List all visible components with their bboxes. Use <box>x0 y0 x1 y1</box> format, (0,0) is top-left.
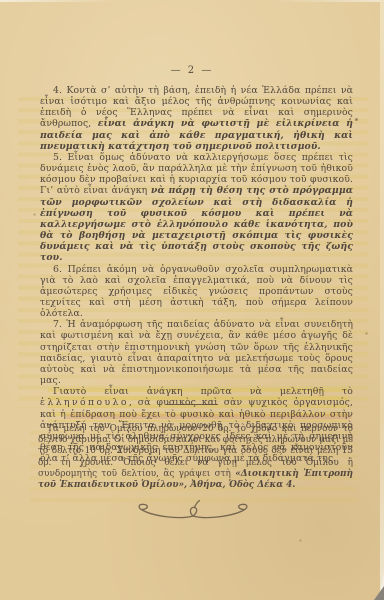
paragraph: 7. Ἡ ἀναμόρφωση τῆς παιδείας ἀδύνατο νὰ … <box>40 319 353 386</box>
paper-corner-shadow <box>374 586 384 600</box>
body-paragraphs: 4. Κοντὰ σ’ αὐτὴν τὴ βάση, ἐπειδὴ ἡ νέα … <box>40 85 353 464</box>
text-segment: ἑλληνόπουλο <box>40 397 129 408</box>
paragraph: 5. Εἶναι ὅμως ἀδύνατο νὰ καλλιεργήσωμε ὅ… <box>40 152 353 264</box>
membership-notice: Τὰ μέλη τοῦ Ὁμίλου πληρώνουν 20 δρ. τὸ χ… <box>38 424 353 491</box>
paragraph: 6. Πρέπει ἀκόμη νὰ ὀργανωθοῦν σχολεῖα συ… <box>40 264 353 320</box>
paragraph: 4. Κοντὰ σ’ αὐτὴν τὴ βάση, ἐπειδὴ ἡ νέα … <box>40 85 353 152</box>
text-segment: 6. Πρέπει ἀκόμη νὰ ὀργανωθοῦν σχολεῖα συ… <box>40 264 353 320</box>
text-segment: Γιαυτὸ εἶναι ἀνάγκη πρῶτα νὰ μελετηθῇ τὸ <box>53 386 353 397</box>
notice-paragraph: Τὰ μέλη τοῦ Ὁμίλου πληρώνουν 20 δρ. τὸ χ… <box>38 424 353 491</box>
page-number: — 2 — <box>0 65 384 76</box>
paper-corner-highlight <box>378 572 384 600</box>
dust-specks <box>0 0 1 1</box>
paper-top-edge <box>0 0 384 2</box>
section-divider-rule <box>166 404 218 405</box>
calligraphic-flourish-icon <box>131 497 253 525</box>
text-segment: νὰ πάρῃ τὴ θέση της στὸ πρόγραμμα τῶν μο… <box>40 185 353 263</box>
paper-right-edge <box>380 0 384 600</box>
scanned-document-page: — 2 — 4. Κοντὰ σ’ αὐτὴν τὴ βάση, ἐπειδὴ … <box>0 0 384 600</box>
text-segment: 7. Ἡ ἀναμόρφωση τῆς παιδείας ἀδύνατο νὰ … <box>40 319 353 386</box>
